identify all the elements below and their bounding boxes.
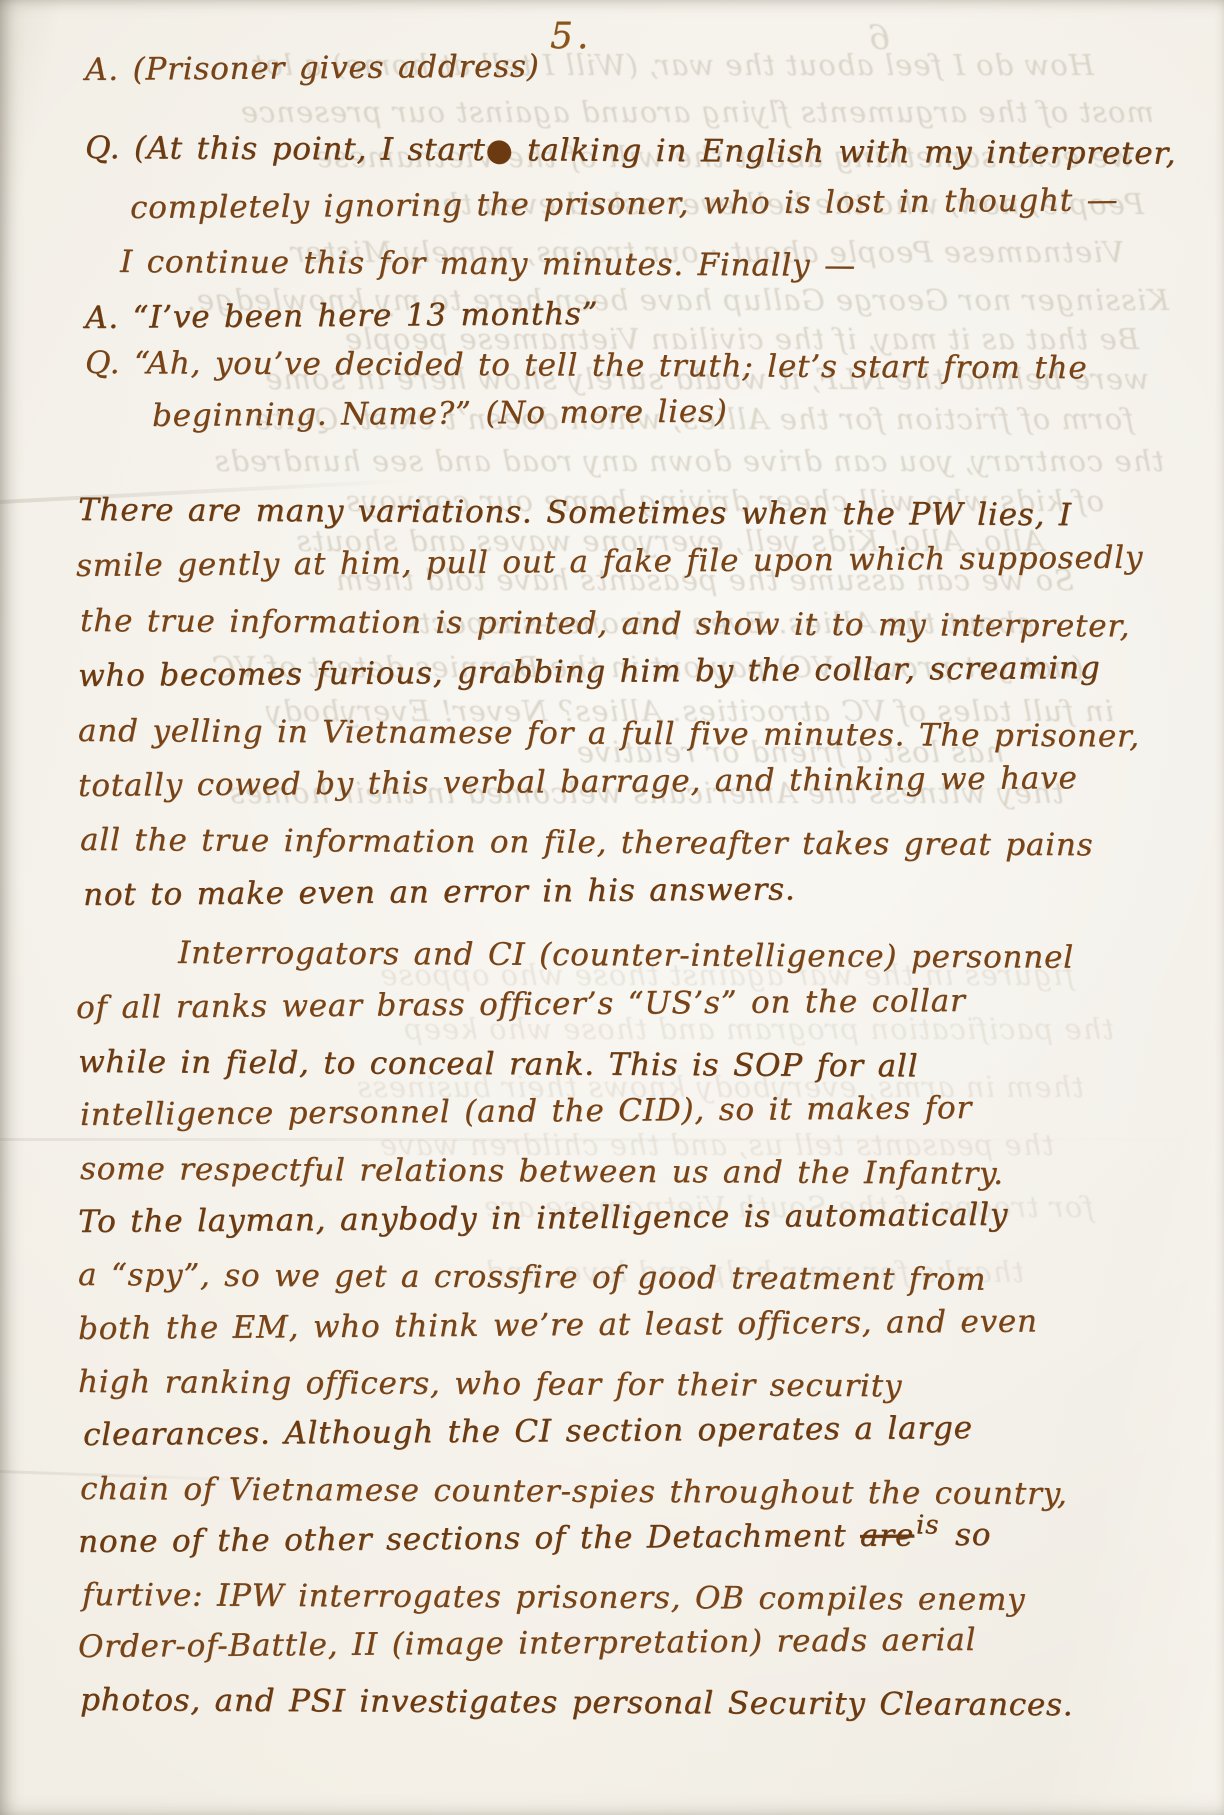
handwritten-line: both the EM, who think we’re at least of… (78, 1303, 1038, 1347)
handwritten-line: a “spy”, so we get a crossfire of good t… (78, 1257, 986, 1298)
handwritten-line: beginning. Name?” (No more lies) (152, 393, 728, 434)
handwritten-line: completely ignoring the prisoner, who is… (130, 182, 1119, 226)
handwritten-line: smile gently at him, pull out a fake fil… (76, 540, 1144, 584)
struck-word: are (860, 1517, 914, 1553)
handwritten-line: chain of Vietnamese counter-spies throug… (80, 1471, 1068, 1512)
line-text-pre: none of the other sections of the Detach… (78, 1518, 860, 1560)
inserted-word: is (916, 1510, 940, 1540)
handwritten-line: clearances. Although the CI section oper… (83, 1410, 973, 1453)
handwritten-line: A. (Prisoner gives address) (85, 48, 540, 88)
handwritten-line: the true information is printed, and sho… (80, 603, 1130, 644)
line-text-post: so (941, 1517, 991, 1553)
handwritten-line: To the layman, anybody in intelligence i… (78, 1197, 1008, 1240)
scanned-letter-page: 6 How do I feel about the war, (Will I t… (0, 0, 1224, 1815)
handwritten-line: I continue this for many minutes. Finall… (120, 244, 856, 284)
handwritten-line: A. “I’ve been here 13 months” (85, 296, 598, 336)
handwritten-line: Interrogators and CI (counter-intelligen… (178, 935, 1074, 976)
handwritten-line: Q. “Ah, you’ve decided to tell the truth… (85, 345, 1088, 386)
handwritten-line: all the true information on file, therea… (80, 822, 1094, 863)
handwritten-line: who becomes furious, grabbing him by the… (78, 650, 1101, 694)
handwritten-line-with-correction: none of the other sections of the Detach… (78, 1517, 991, 1560)
handwritten-line: high ranking officers, who fear for thei… (78, 1364, 902, 1404)
handwritten-line: of all ranks wear brass officer’s “US’s”… (76, 983, 966, 1026)
handwritten-line: photos, and PSI investigates personal Se… (80, 1682, 1074, 1723)
handwritten-line: furtive: IPW interrogates prisoners, OB … (82, 1577, 1026, 1618)
handwritten-line: Order-of-Battle, II (image interpretatio… (78, 1622, 977, 1665)
handwritten-line: There are many variations. Sometimes whe… (78, 492, 1072, 533)
handwritten-line: Q. (At this point, I start● talking in E… (85, 130, 1176, 172)
handwritten-line: not to make even an error in his answers… (83, 871, 796, 913)
handwritten-line: some respectful relations between us and… (80, 1151, 1004, 1192)
handwritten-line: and yelling in Vietnamese for a full fiv… (78, 713, 1140, 755)
handwritten-line: intelligence personnel (and the CID), so… (80, 1090, 972, 1133)
handwritten-line: totally cowed by this verbal barrage, an… (78, 760, 1078, 804)
handwritten-line: while in field, to conceal rank. This is… (78, 1044, 918, 1084)
handwriting-layer: A. (Prisoner gives address) Q. (At this … (0, 0, 1224, 1815)
